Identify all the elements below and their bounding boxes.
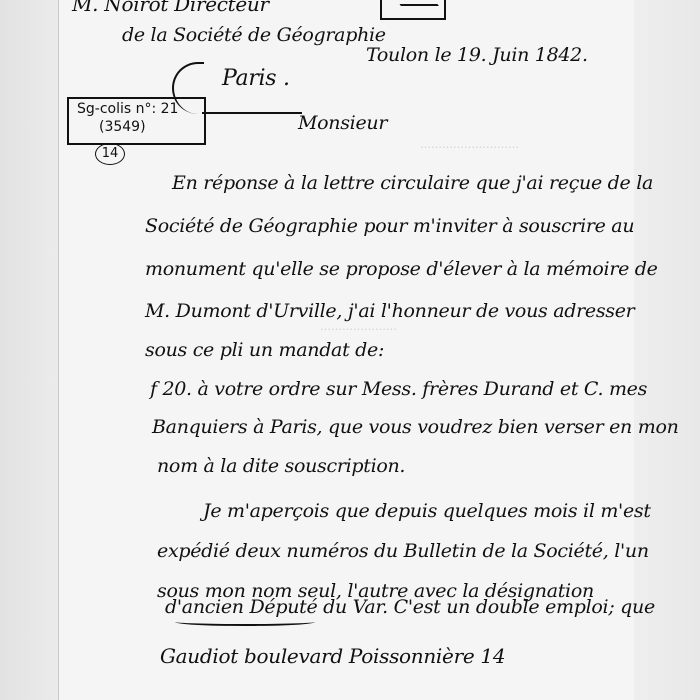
footer-address: Gaudiot boulevard Poissonnière 14	[160, 644, 505, 668]
addressee-city: Paris .	[222, 66, 290, 91]
body-line: nom à la dite souscription.	[157, 455, 405, 477]
body-line: f 20. à votre ordre sur Mess. frères Dur…	[150, 378, 647, 400]
body-line: En réponse à la lettre circulaire que j'…	[172, 172, 653, 194]
body-line: expédié deux numéros du Bulletin de la S…	[157, 540, 649, 562]
circled-folio-number: 14	[95, 143, 125, 165]
scan-left-margin	[0, 0, 59, 700]
salutation: Monsieur	[298, 112, 387, 134]
body-line: Banquiers à Paris, que vous voudrez bien…	[152, 416, 679, 438]
body-line: d'ancien Député du Var. C'est un double …	[165, 596, 655, 618]
body-line: Je m'aperçois que depuis quelques mois i…	[203, 500, 651, 522]
scan-right-margin	[634, 0, 700, 700]
place-date: Toulon le 19. Juin 1842.	[366, 44, 588, 66]
addressee-line-1: M. Noirot Directeur	[72, 0, 269, 16]
connector-line	[202, 112, 302, 114]
bleed-through-text: ………………………	[420, 138, 519, 151]
stamp-mark	[380, 0, 446, 20]
body-line: sous ce pli un mandat de:	[145, 339, 384, 361]
addressee-line-2: de la Société de Géographie	[122, 24, 386, 46]
body-line: monument qu'elle se propose d'élever à l…	[145, 258, 658, 280]
body-line: M. Dumont d'Urville, j'ai l'honneur de v…	[145, 300, 634, 322]
archive-number: (3549)	[69, 119, 234, 135]
archive-ref: Sg-colis n°: 21	[69, 101, 212, 117]
body-line: Société de Géographie pour m'inviter à s…	[145, 215, 634, 237]
wavy-underline	[175, 618, 315, 626]
archive-label-box: Sg-colis n°: 21 (3549)	[67, 97, 206, 145]
